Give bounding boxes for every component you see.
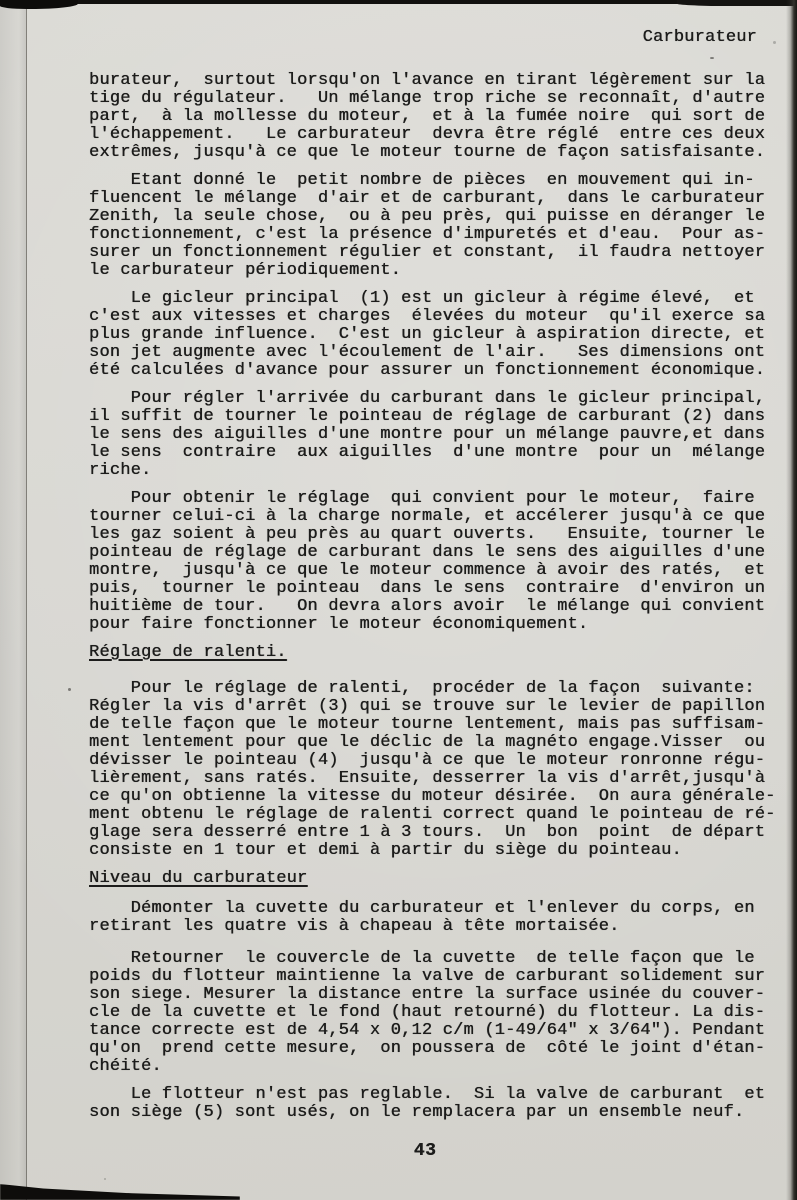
scan-edge-bottom-left [0, 1184, 240, 1200]
scan-edge-top-right [677, 0, 797, 6]
scan-edge-top-left [0, 0, 78, 9]
page-body: burateur, surtout lorsqu'on l'avance en … [0, 72, 797, 1160]
paragraph-idle-adjustment: Pour le réglage de ralenti, procéder de … [89, 680, 761, 860]
paragraph-float-replacement: Le flotteur n'est pas reglable. Si la va… [89, 1086, 761, 1122]
paragraph-carburetor-adjust-intro: burateur, surtout lorsqu'on l'avance en … [89, 72, 761, 162]
paragraph-zenith-cleaning: Etant donné le petit nombre de pièces en… [89, 172, 761, 280]
heading-reglage-de-ralenti: Réglage de ralenti. [89, 644, 761, 662]
paragraph-mixture-setting: Pour obtenir le réglage qui convient pou… [89, 490, 761, 634]
paragraph-float-level: Retourner le couvercle de la cuvette de … [89, 950, 761, 1076]
heading-niveau-du-carburateur: Niveau du carburateur [89, 870, 761, 888]
scan-speck [773, 41, 776, 44]
running-header: Carburateur [643, 28, 757, 47]
scan-speck [104, 1178, 106, 1180]
paragraph-bowl-removal: Démonter la cuvette du carburateur et l'… [89, 900, 761, 936]
paragraph-fuel-needle: Pour régler l'arrivée du carburant dans … [89, 390, 761, 480]
paragraph-main-jet: Le gicleur principal (1) est un gicleur … [89, 290, 761, 380]
scanned-manual-page: Carburateur burateur, surtout lorsqu'on … [0, 0, 797, 1200]
scan-speck [710, 57, 714, 59]
page-number: 43 [89, 1142, 761, 1160]
